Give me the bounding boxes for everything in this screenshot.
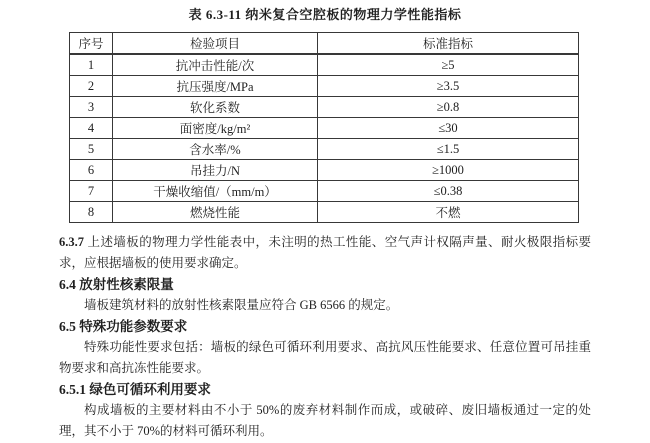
inspection-item-cell: 软化系数: [113, 97, 318, 118]
table-row: 4面密度/kg/m²≤30: [70, 118, 579, 139]
row-number-cell: 6: [70, 160, 113, 181]
standard-value-cell: 不燃: [318, 202, 579, 223]
section-heading: 6.5.1 绿色可循环利用要求: [59, 379, 591, 400]
table-row: 5含水率/%≤1.5: [70, 139, 579, 160]
table-row: 1抗冲击性能/次≥5: [70, 54, 579, 76]
row-number-cell: 7: [70, 181, 113, 202]
table-title: 表 6.3-11 纳米复合空腔板的物理力学性能指标: [59, 7, 591, 23]
spec-table: 序号 检验项目 标准指标 1抗冲击性能/次≥52抗压强度/MPa≥3.53软化系…: [69, 32, 579, 223]
body-paragraph: 构成墙板的主要材料由不小于 50%的废弃材料制作而成，或破碎、废旧墙板通过一定的…: [59, 400, 591, 442]
document-page: 表 6.3-11 纳米复合空腔板的物理力学性能指标 序号 检验项目 标准指标 1…: [0, 0, 650, 443]
table-row: 6吊挂力/N≥1000: [70, 160, 579, 181]
column-header-item: 检验项目: [113, 33, 318, 55]
column-header-no: 序号: [70, 33, 113, 55]
inspection-item-cell: 含水率/%: [113, 139, 318, 160]
inspection-item-cell: 抗冲击性能/次: [113, 54, 318, 76]
inspection-item-cell: 燃烧性能: [113, 202, 318, 223]
table-row: 8燃烧性能不燃: [70, 202, 579, 223]
table-row: 7干燥收缩值/（mm/m）≤0.38: [70, 181, 579, 202]
body-text: 6.3.7 上述墙板的物理力学性能表中，未注明的热工性能、空气声计权隔声量、耐火…: [59, 232, 591, 442]
clause-text: 上述墙板的物理力学性能表中，未注明的热工性能、空气声计权隔声量、耐火极限指标要求…: [59, 235, 591, 270]
section-heading: 6.5 特殊功能参数要求: [59, 316, 591, 337]
inspection-item-cell: 抗压强度/MPa: [113, 76, 318, 97]
inspection-item-cell: 干燥收缩值/（mm/m）: [113, 181, 318, 202]
table-header-row: 序号 检验项目 标准指标: [70, 33, 579, 55]
column-header-value: 标准指标: [318, 33, 579, 55]
standard-value-cell: ≤30: [318, 118, 579, 139]
body-paragraph: 6.3.7 上述墙板的物理力学性能表中，未注明的热工性能、空气声计权隔声量、耐火…: [59, 232, 591, 274]
inspection-item-cell: 面密度/kg/m²: [113, 118, 318, 139]
standard-value-cell: ≥1000: [318, 160, 579, 181]
table-row: 3软化系数≥0.8: [70, 97, 579, 118]
standard-value-cell: ≥0.8: [318, 97, 579, 118]
standard-value-cell: ≥3.5: [318, 76, 579, 97]
row-number-cell: 1: [70, 54, 113, 76]
row-number-cell: 4: [70, 118, 113, 139]
body-paragraph: 墙板建筑材料的放射性核素限量应符合 GB 6566 的规定。: [59, 295, 591, 316]
row-number-cell: 3: [70, 97, 113, 118]
body-paragraph: 特殊功能性要求包括：墙板的绿色可循环利用要求、高抗风压性能要求、任意位置可吊挂重…: [59, 337, 591, 379]
row-number-cell: 2: [70, 76, 113, 97]
standard-value-cell: ≤0.38: [318, 181, 579, 202]
row-number-cell: 8: [70, 202, 113, 223]
clause-number: 6.3.7: [59, 235, 84, 249]
section-heading: 6.4 放射性核素限量: [59, 274, 591, 295]
standard-value-cell: ≥5: [318, 54, 579, 76]
inspection-item-cell: 吊挂力/N: [113, 160, 318, 181]
row-number-cell: 5: [70, 139, 113, 160]
standard-value-cell: ≤1.5: [318, 139, 579, 160]
table-row: 2抗压强度/MPa≥3.5: [70, 76, 579, 97]
